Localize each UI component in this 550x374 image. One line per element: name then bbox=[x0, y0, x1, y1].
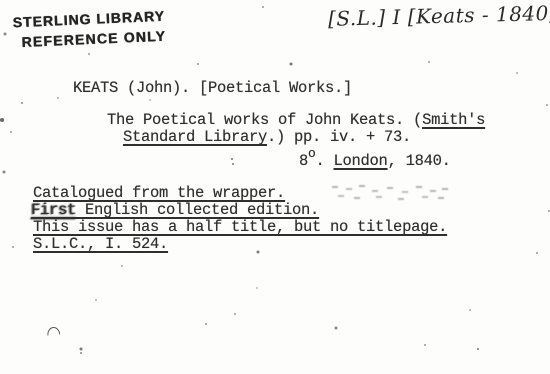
note-edition-text: English collected edition. bbox=[76, 201, 319, 219]
note-half-title-text: This issue has a half title, but no titl… bbox=[33, 218, 447, 236]
stamp-line-2: REFERENCE ONLY bbox=[21, 28, 166, 50]
imprint-line: 8o. London, 1840. bbox=[299, 153, 451, 170]
author-heading: KEATS (John). [Poetical Works.] bbox=[73, 80, 352, 97]
stray-pen-mark bbox=[47, 326, 61, 335]
title-line-2: Standard Library.) pp. iv. + 73. bbox=[123, 129, 411, 146]
note-first-word-smudged: First bbox=[31, 201, 76, 219]
scan-speckles bbox=[0, 0, 2, 2]
format-superscript-o: o bbox=[308, 146, 316, 161]
erased-pencil-smudge bbox=[332, 186, 338, 188]
note-first-edition: First English collected edition. bbox=[31, 202, 319, 219]
series-name-part-2: Standard Library bbox=[123, 128, 267, 146]
note-catalogued-from-wrapper: Catalogued from the wrapper. bbox=[33, 185, 285, 202]
collation-text: .) pp. iv. + 73. bbox=[267, 128, 411, 146]
library-stamp: STERLING LIBRARY REFERENCE ONLY bbox=[12, 8, 166, 51]
stamp-line-1: STERLING LIBRARY bbox=[12, 8, 165, 31]
handwritten-shelfmark: [S.L.] I [Keats - 1840] bbox=[328, 1, 544, 31]
imprint-date: , 1840. bbox=[388, 152, 451, 170]
note-catalogued-text: Catalogued from the wrapper. bbox=[33, 184, 285, 202]
series-name-part-1: Smith's bbox=[422, 111, 485, 129]
format-numeral: 8 bbox=[299, 152, 308, 170]
reference-number-text: S.L.C., I. 524. bbox=[33, 235, 168, 253]
note-half-title: This issue has a half title, but no titl… bbox=[33, 219, 447, 236]
catalog-card: STERLING LIBRARY REFERENCE ONLY [S.L.] I… bbox=[0, 0, 550, 374]
reference-number: S.L.C., I. 524. bbox=[33, 236, 168, 253]
title-line-1-text: The Poetical works of John Keats. ( bbox=[107, 111, 422, 129]
imprint-place: London bbox=[334, 152, 388, 170]
imprint-separator: . bbox=[316, 152, 334, 170]
title-line-1: The Poetical works of John Keats. (Smith… bbox=[107, 112, 485, 129]
